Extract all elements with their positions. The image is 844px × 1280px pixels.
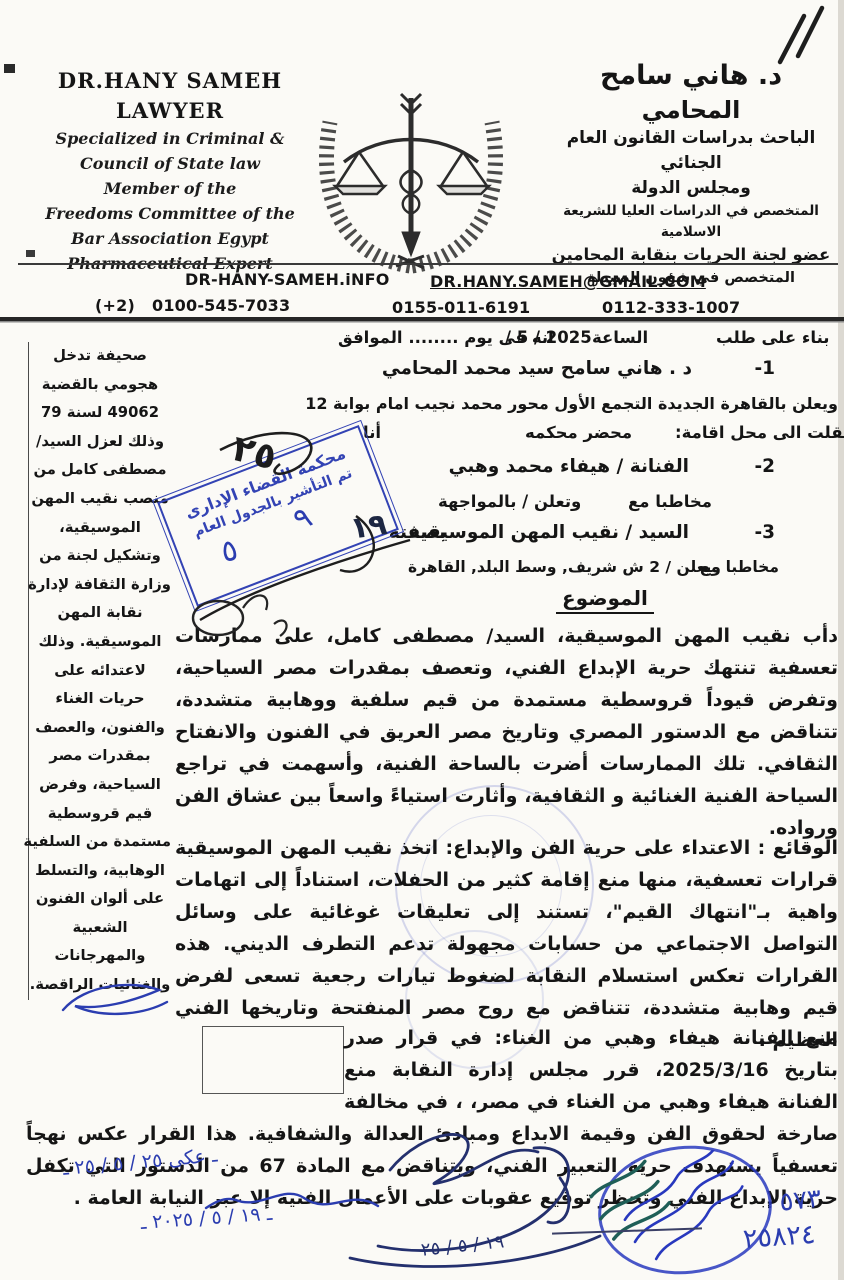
lawyer-name-ar: د. هاني سامح xyxy=(548,58,834,94)
confront-label: وتعلن / بالمواجهة xyxy=(438,492,581,511)
divider-line xyxy=(18,263,838,265)
item1-number: -1 xyxy=(754,358,775,379)
margin-line: وتشكيل لجنة من xyxy=(29,542,171,571)
teal-stamp-scribble xyxy=(588,1158,678,1253)
margin-line: على ألوان الفنون xyxy=(29,885,171,914)
bailiff-moved: قد انتقلت الى محل اقامة: xyxy=(675,423,844,442)
margin-signature xyxy=(55,978,180,1026)
empty-annotation-box xyxy=(202,1026,344,1094)
phone-number-1: 0100-545-7033 xyxy=(152,296,290,315)
lawyer-title-en: LAWYER xyxy=(33,96,307,126)
margin-line: الوهابية، والتسلط xyxy=(29,857,171,886)
margin-line: 49062 لسنة 79 xyxy=(29,399,171,428)
bailiff-court: محضر محكمه xyxy=(525,423,632,442)
margin-line: حريات الغناء xyxy=(29,685,171,714)
paragraph-indent-float xyxy=(26,1022,344,1094)
margin-line: مصطفى كامل من xyxy=(29,456,171,485)
margin-line: مستمدة من السلفية xyxy=(29,828,171,857)
item2-name: الفنانة / هيفاء محمد وهبي xyxy=(449,456,689,477)
handwritten-number: ٥٧٣ xyxy=(778,1184,823,1218)
confront-with: مخاطبا مع xyxy=(628,492,712,511)
letterhead-line: Freedoms Committee of the xyxy=(33,201,307,226)
margin-line: والمهرجانات xyxy=(29,942,171,971)
item3-number: -3 xyxy=(754,522,775,543)
letterhead-line: ومجلس الدولة xyxy=(548,176,834,201)
form-request-label: بناء على طلب xyxy=(716,328,830,347)
email: DR.HANY.SAMEH@GMAIL.COM xyxy=(430,272,706,291)
item2-number: -2 xyxy=(754,456,775,477)
margin-line: وزارة الثقافة لإدارة xyxy=(29,571,171,600)
handwritten-number: ٢٥٨٢٤ xyxy=(742,1219,817,1255)
margin-line: نقابة المهن xyxy=(29,599,171,628)
item3-name: السيد / نقيب المهن الموسيقية xyxy=(409,522,689,543)
letterhead-line: الباحث بدراسات القانون العام الجنائي xyxy=(548,126,834,176)
margin-line: الموسيقية. وذلك xyxy=(29,628,171,657)
subject-paragraph-1: دأب نقيب المهن الموسيقية، السيد/ مصطفى ك… xyxy=(175,620,838,844)
margin-line: منصب نقيب المهن xyxy=(29,485,171,514)
margin-line: قيم قروسطية xyxy=(29,800,171,829)
item1-name: د . هاني سامح سيد محمد xyxy=(464,358,692,379)
scan-mark xyxy=(4,64,15,73)
margin-line: صحيفة تدخل xyxy=(29,342,171,371)
letterhead-arabic: د. هاني سامح المحامي الباحث بدراسات القا… xyxy=(548,58,834,289)
item1-role: المحامي xyxy=(382,358,458,379)
phone-number-3: 0112-333-1007 xyxy=(602,298,740,317)
scan-edge-artifact xyxy=(838,0,844,1280)
margin-annotation: صحيفة تدخل هجومي بالقضية 49062 لسنة 79 و… xyxy=(28,342,171,1000)
scanned-legal-document: DR.HANY SAMEH LAWYER Specialized in Crim… xyxy=(0,0,844,1280)
divider-thick xyxy=(0,317,844,321)
form-hour-label: الساعة xyxy=(592,328,648,347)
margin-line: لاعتدائه على xyxy=(29,657,171,686)
phone-number-2: 0155-011-6191 xyxy=(392,298,530,317)
scales-of-justice-logo xyxy=(292,70,530,278)
margin-line: وذلك لعزل السيد/ xyxy=(29,428,171,457)
phone-prefix: (+2) xyxy=(95,296,135,315)
margin-line: السياحية، وفرض xyxy=(29,771,171,800)
item3-address: ويعلن / 2 ش شريف, وسط البلد, القاهرة xyxy=(408,558,721,576)
letterhead-line: المتخصص في الدراسات العليا للشريعة الاسل… xyxy=(548,201,834,243)
lawyer-name-en: DR.HANY SAMEH xyxy=(33,66,307,96)
margin-line: والفنون، والعصف xyxy=(29,714,171,743)
margin-line: بمقدرات مصر xyxy=(29,742,171,771)
subject-header: الموضوع xyxy=(556,586,654,614)
letterhead-line: Specialized in Criminal & xyxy=(33,126,307,151)
form-date-value: / 5 / 2025 xyxy=(505,328,592,347)
item3-address-with: مخاطبا مع xyxy=(700,558,779,576)
item1-address: ويعلن بالقاهرة الجديدة التجمع الأول محور… xyxy=(305,394,838,413)
lawyer-title-ar: المحامي xyxy=(548,94,834,126)
letterhead-english: DR.HANY SAMEH LAWYER Specialized in Crim… xyxy=(33,66,307,276)
margin-line: الموسيقية، xyxy=(29,514,171,543)
letterhead-line: Council of State law xyxy=(33,151,307,176)
website: DR-HANY-SAMEH.iNFO xyxy=(185,270,390,289)
letterhead-line: Bar Association Egypt xyxy=(33,226,307,251)
letterhead-line: Member of the xyxy=(33,176,307,201)
pen-scribble xyxy=(188,584,298,646)
margin-line: هجومي بالقضية xyxy=(29,371,171,400)
margin-line: الشعبية xyxy=(29,914,171,943)
